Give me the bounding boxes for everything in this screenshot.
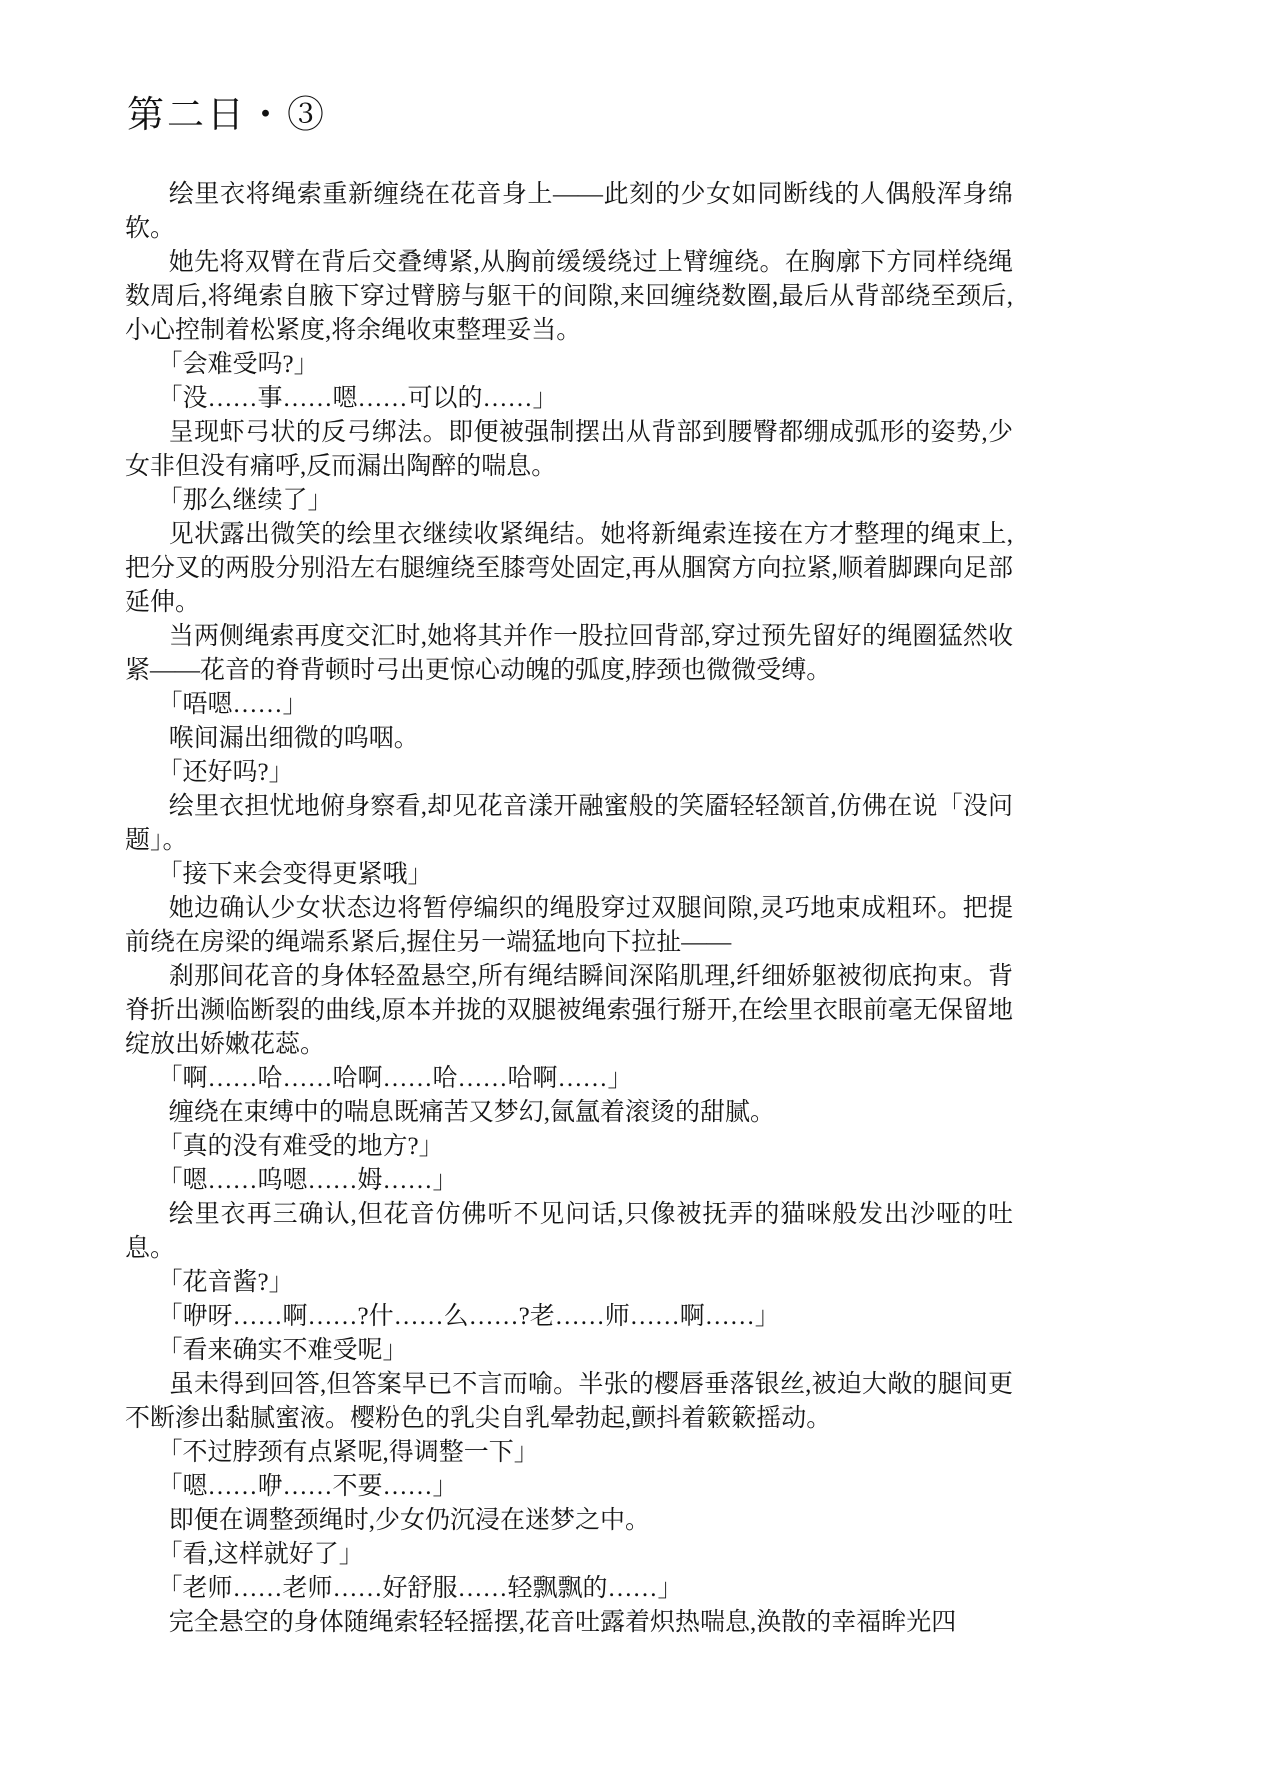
dialogue-line: 「咿呀……啊……?什……么……?老……师……啊……」	[125, 1300, 1013, 1334]
narrative-paragraph: 刹那间花音的身体轻盈悬空,所有绳结瞬间深陷肌理,纤细娇躯被彻底拘束。背脊折出濒临…	[125, 960, 1013, 1062]
page-content: 第二日・③ 绘里衣将绳索重新缠绕在花音身上——此刻的少女如同断线的人偶般浑身绵软…	[125, 92, 1013, 1640]
dialogue-line: 「嗯……咿……不要……」	[125, 1470, 1013, 1504]
narrative-paragraph: 她边确认少女状态边将暂停编织的绳股穿过双腿间隙,灵巧地束成粗环。把提前绕在房梁的…	[125, 892, 1013, 960]
narrative-paragraph: 绘里衣再三确认,但花音仿佛听不见问话,只像被抚弄的猫咪般发出沙哑的吐息。	[125, 1198, 1013, 1266]
narrative-paragraph: 她先将双臂在背后交叠缚紧,从胸前缓缓绕过上臂缠绕。在胸廓下方同样绕绳数周后,将绳…	[125, 246, 1013, 348]
narrative-paragraph: 见状露出微笑的绘里衣继续收紧绳结。她将新绳索连接在方才整理的绳束上,把分叉的两股…	[125, 518, 1013, 620]
dialogue-line: 「唔嗯……」	[125, 688, 1013, 722]
dialogue-line: 「看,这样就好了」	[125, 1538, 1013, 1572]
narrative-paragraph: 喉间漏出细微的呜咽。	[125, 722, 1013, 756]
page-body: 绘里衣将绳索重新缠绕在花音身上——此刻的少女如同断线的人偶般浑身绵软。她先将双臂…	[125, 178, 1013, 1640]
chapter-title: 第二日・③	[127, 92, 1013, 140]
narrative-paragraph: 即便在调整颈绳时,少女仍沉浸在迷梦之中。	[125, 1504, 1013, 1538]
dialogue-line: 「啊……哈……哈啊……哈……哈啊……」	[125, 1062, 1013, 1096]
dialogue-line: 「老师……老师……好舒服……轻飘飘的……」	[125, 1572, 1013, 1606]
narrative-paragraph: 绘里衣将绳索重新缠绕在花音身上——此刻的少女如同断线的人偶般浑身绵软。	[125, 178, 1013, 246]
dialogue-line: 「那么继续了」	[125, 484, 1013, 518]
narrative-paragraph: 虽未得到回答,但答案早已不言而喻。半张的樱唇垂落银丝,被迫大敞的腿间更不断渗出黏…	[125, 1368, 1013, 1436]
dialogue-line: 「没……事……嗯……可以的……」	[125, 382, 1013, 416]
dialogue-line: 「还好吗?」	[125, 756, 1013, 790]
narrative-paragraph: 当两侧绳索再度交汇时,她将其并作一股拉回背部,穿过预先留好的绳圈猛然收紧——花音…	[125, 620, 1013, 688]
dialogue-line: 「花音酱?」	[125, 1266, 1013, 1300]
dialogue-line: 「嗯……呜嗯……姆……」	[125, 1164, 1013, 1198]
document-page: 第二日・③ 绘里衣将绳索重新缠绕在花音身上——此刻的少女如同断线的人偶般浑身绵软…	[0, 0, 1280, 1790]
narrative-paragraph: 缠绕在束缚中的喘息既痛苦又梦幻,氤氲着滚烫的甜腻。	[125, 1096, 1013, 1130]
dialogue-line: 「不过脖颈有点紧呢,得调整一下」	[125, 1436, 1013, 1470]
narrative-paragraph: 绘里衣担忧地俯身察看,却见花音漾开融蜜般的笑靥轻轻颔首,仿佛在说「没问题」。	[125, 790, 1013, 858]
dialogue-line: 「看来确实不难受呢」	[125, 1334, 1013, 1368]
dialogue-line: 「接下来会变得更紧哦」	[125, 858, 1013, 892]
dialogue-line: 「会难受吗?」	[125, 348, 1013, 382]
dialogue-line: 「真的没有难受的地方?」	[125, 1130, 1013, 1164]
narrative-paragraph: 完全悬空的身体随绳索轻轻摇摆,花音吐露着炽热喘息,涣散的幸福眸光四	[125, 1606, 1013, 1640]
narrative-paragraph: 呈现虾弓状的反弓绑法。即便被强制摆出从背部到腰臀都绷成弧形的姿势,少女非但没有痛…	[125, 416, 1013, 484]
